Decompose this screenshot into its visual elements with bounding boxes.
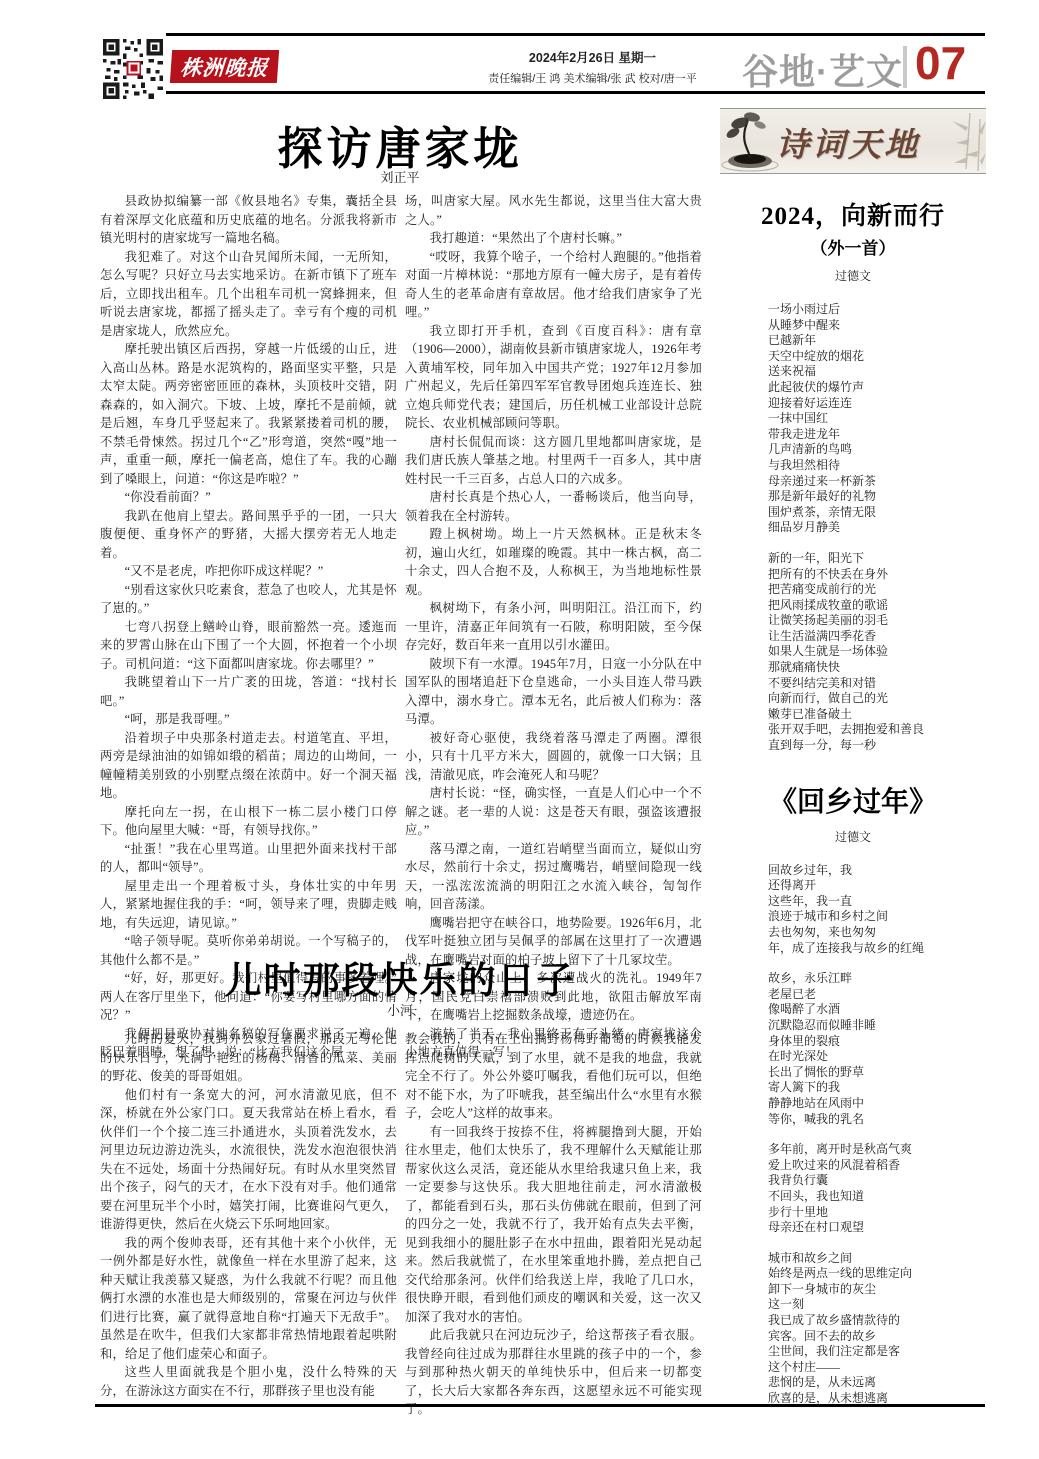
section-divider <box>903 46 907 88</box>
poem-line: 我背负行囊 <box>768 1173 986 1189</box>
article-paragraph: 县政协拟编纂一部《攸县地名》专集，囊括全县有着深厚文化底蕴和历史底蕴的地名。分派… <box>100 192 397 248</box>
poem-line: 让生活溢满四季花香 <box>768 629 986 645</box>
article2-column-1: 儿时的夏天，我到外公家过暑假，那段无与伦比的快乐日子，充满了艳红的杨梅、清香的瓜… <box>100 1030 397 1419</box>
poem2-text: 回故乡过年，我还得离开这些年，我一直浪迹于城市和乡村之间去也匆匆，来也匆匆年，成… <box>720 863 986 1407</box>
poetry-banner-title: 诗词天地 <box>776 119 920 166</box>
article-paragraph: 他们村有一条宽大的河，河水清澈见底，但不深，桥就在外公家门口。夏天我常站在桥上看… <box>100 1086 397 1234</box>
newspaper-page: 株洲晚报 2024年2月26日 星期一 责任编辑/王 鸿 美术编辑/张 武 校对… <box>0 0 1039 1459</box>
poem-line: 把风雨揉成牧童的歌谣 <box>768 598 986 614</box>
poem-line: 步行十里地 <box>768 1205 986 1221</box>
poem-stanza: 新的一年，阳光下把所有的不快丢在身外把苦痛变成前行的光把风雨揉成牧童的歌谣让微笑… <box>768 551 986 754</box>
poem1-title: 2024，向新而行 <box>720 196 986 232</box>
poem-line: 静静地站在风雨中 <box>768 1096 986 1112</box>
poem-line: 不要纠结完美和对错 <box>768 676 986 692</box>
poem-line: 爱上吹过来的风混着稻香 <box>768 1158 986 1174</box>
ink-painting-bonsai-art <box>720 109 782 173</box>
poem-line: 从睡梦中醒来 <box>768 318 986 334</box>
poem-line: 这一刻 <box>768 1297 986 1313</box>
article-paragraph: 沿着坝子中央那条村道走去。村道笔直、平坦，两旁是绿油油的如锦如缎的稻苗；周边的山… <box>100 729 397 803</box>
article-paragraph: 摩托向左一拐，在山根下一栋二层小楼门口停下。他向屋里大喊：“哥，有领导找你。” <box>100 803 397 840</box>
poem-line: 长出了惆怅的野草 <box>768 1065 986 1081</box>
poem-line: 尘世间，我们注定都是客 <box>768 1344 986 1360</box>
poem-line: 像喝醉了水酒 <box>768 1002 986 1018</box>
poem-line: 围炉煮茶，亲情无限 <box>768 505 986 521</box>
poem-line: 还得离开 <box>768 878 986 894</box>
article-paragraph: 场，叫唐家大屋。风水先生都说，这里当住大富大贵之人。” <box>405 192 702 229</box>
article-paragraph: “别看这家伙只吃素食，惹急了也咬人，尤其是怀了崽的。” <box>100 581 397 618</box>
editors-credits: 责任编辑/王 鸿 美术编辑/张 武 校对/唐一平 <box>455 70 730 86</box>
poem-line: 这个村庄—— <box>768 1360 986 1376</box>
poem-line: 张开双手吧，去拥抱爱和善良 <box>768 722 986 738</box>
poem-line: 带我走进龙年 <box>768 427 986 443</box>
article-paragraph: “呵，那是我哥哩。” <box>100 710 397 729</box>
article2-author: 小河 <box>100 1000 700 1019</box>
poem-stanza: 多年前，离开时是秋高气爽爱上吹过来的风混着稻香我背负行囊不回头，我也知道步行十里… <box>768 1142 986 1236</box>
article-paragraph: 我趴在他肩上望去。路间黑乎乎的一团，一只大腹便便、重身怀产的野猪，大摇大摆旁若无… <box>100 507 397 563</box>
poetry-banner: 诗词天地 <box>720 108 986 174</box>
poem-stanza: 故乡，永乐江畔老屋已老像喝醉了水酒沉默隐忍而似睡非睡身体里的裂痕在时光深处长出了… <box>768 971 986 1127</box>
poem1-subtitle: （外一首） <box>720 234 986 259</box>
header-bottom-rule <box>166 91 985 94</box>
poem-line: 如果人生就是一场体验 <box>768 644 986 660</box>
poem-line: 母亲递过来一杯新茶 <box>768 474 986 490</box>
poem-line: 送来祝福 <box>768 364 986 380</box>
article-paragraph: 我的两个俊帅表哥，还有其他十来个小伙伴，无一例外都是好水性，就像鱼一样在水里游了… <box>100 1234 397 1364</box>
poem-line: 一场小雨过后 <box>768 302 986 318</box>
article-paragraph: 我立即打开手机，查到《百度百科》：唐有章（1906—2000），湖南攸县新市镇唐… <box>405 322 702 433</box>
article-paragraph: 我眺望着山下一片广袤的田垅，答道：“找村长吧。” <box>100 673 397 710</box>
poem-line: 寄人篱下的我 <box>768 1080 986 1096</box>
poem-line: 那就痛痛快快 <box>768 660 986 676</box>
article-paragraph: 这些人里面就我是个胆小鬼，没什么特殊的天分，在游泳这方面实在不行，那群孩子里也没… <box>100 1363 397 1400</box>
poem2-title: 《回乡过年》 <box>720 780 986 820</box>
poem-line: 不回头，我也知道 <box>768 1189 986 1205</box>
poem-line: 向新而行，做自己的光 <box>768 691 986 707</box>
poem-line: 嫩芽已准备破土 <box>768 707 986 723</box>
article2-title: 儿时那段快乐的日子 <box>100 950 700 1004</box>
article-paragraph: 蹬上枫树坳。坳上一片天然枫林。正是秋末冬初，遍山火红，如璀璨的晚霞。其中一株古枫… <box>405 525 702 599</box>
article-paragraph: 我犯难了。对这个山旮旯闻所未闻，一无所知，怎么写呢？只好立马去实地采访。在新市镇… <box>100 248 397 341</box>
poem-line: 已越新年 <box>768 333 986 349</box>
poem-line: 几声清新的鸟鸣 <box>768 442 986 458</box>
poem-line: 迎接着好运连连 <box>768 396 986 412</box>
article-paragraph: “又不是老虎，咋把你吓成这样呢？” <box>100 562 397 581</box>
section-title: 谷地·艺文 <box>742 44 903 95</box>
article-paragraph: 唐村长说：“怪，确实怪，一直是人们心中一个不解之谜。老一辈的人说：这是苍天有眼，… <box>405 784 702 840</box>
poem-line: 直到每一分，每一秒 <box>768 738 986 754</box>
newspaper-name: 株洲晚报 <box>179 52 269 82</box>
article-paragraph: 落马潭之南，一道红岩峭壁当面而立，疑似山穷水尽，然前行十余丈，拐过鹰嘴岩，峭壁间… <box>405 840 702 914</box>
poem-line: 把苦痛变成前行的光 <box>768 582 986 598</box>
poem-line: 故乡，永乐江畔 <box>768 971 986 987</box>
poem-line: 始终是两点一线的思维定向 <box>768 1266 986 1282</box>
article-paragraph: “哎呀，我算个啥子，一个给村人跑腿的。”他指着对面一片樟林说：“那地方原有一幢大… <box>405 248 702 322</box>
poem2-author: 过德文 <box>720 828 986 845</box>
article2-column-2: 教会我的，只有在上山摘野杨梅野葡萄的时候我能发挥点爬树的天赋，到了水里，就不是我… <box>405 1030 702 1419</box>
poem-line: 城市和故乡之间 <box>768 1251 986 1267</box>
poem-line: 母亲还在村口观望 <box>768 1220 986 1236</box>
poem-line: 多年前，离开时是秋高气爽 <box>768 1142 986 1158</box>
poem-line: 此起彼伏的爆竹声 <box>768 380 986 396</box>
qr-code <box>103 38 163 100</box>
poem1-author: 过德文 <box>720 267 986 284</box>
article-paragraph: 陂坝下有一水潭。1945年7月，日寇一小分队在中国军队的围堵追赶下仓皇逃命，一小… <box>405 655 702 729</box>
poem-line: 浪迹于城市和乡村之间 <box>768 909 986 925</box>
article-paragraph: 摩托驶出镇区后西拐，穿越一片低缓的山丘，进入高山丛林。路是水泥筑构的，路面坚实平… <box>100 340 397 488</box>
poem-line: 这些年，我一直 <box>768 894 986 910</box>
poem-line: 天空中绽放的烟花 <box>768 349 986 365</box>
article-paragraph: 屋里走出一个理着板寸头，身体壮实的中年男人，紧紧地握住我的手：“呵，领导来了哩，… <box>100 877 397 933</box>
article-paragraph: 枫树坳下，有条小河，叫明阳江。沿江而下，约一里许，清嘉正年间筑有一石陂，称明阳陂… <box>405 599 702 655</box>
newspaper-masthead-logo: 株洲晚报 <box>170 50 279 83</box>
header-top-rule <box>166 33 985 36</box>
poem-line: 与我坦然相待 <box>768 458 986 474</box>
article-paragraph: 七弯八拐登上鳝岭山脊，眼前豁然一亮。逶迤而来的罗霄山脉在山下围了一个大圆，怀抱着… <box>100 618 397 674</box>
poem-line: 沉默隐忍而似睡非睡 <box>768 1018 986 1034</box>
page-number: 07 <box>915 36 966 90</box>
article-paragraph: “扯蛋！”我在心里骂道。山里把外面来找村干部的人，都叫“领导”。 <box>100 840 397 877</box>
publication-date: 2024年2月26日 星期一 <box>455 48 730 66</box>
article-paragraph: 有一回我终于按捺不住，将裤腿撸到大腿，开始往水里走，他们太快乐了，我不理解什么天… <box>405 1123 702 1327</box>
poem-line: 身体里的裂痕 <box>768 1034 986 1050</box>
poem-line: 一抹中国红 <box>768 411 986 427</box>
poem-line: 那是新年最好的礼物 <box>768 489 986 505</box>
article1-column-1: 县政协拟编纂一部《攸县地名》专集，囊括全县有着深厚文化底蕴和历史底蕴的地名。分派… <box>100 192 397 1062</box>
article-paragraph: 被好奇心驱使，我绕着落马潭走了两圈。潭很小，只有十几平方米大，圆圆的，就像一口大… <box>405 729 702 785</box>
poem-line: 等你，喊我的乳名 <box>768 1112 986 1128</box>
poem-stanza: 一场小雨过后从睡梦中醒来已越新年天空中绽放的烟花送来祝福此起彼伏的爆竹声迎接着好… <box>768 302 986 536</box>
poem-line: 宾客。回不去的故乡 <box>768 1329 986 1345</box>
poem-line: 回故乡过年，我 <box>768 863 986 879</box>
poem-stanza: 城市和故乡之间始终是两点一线的思维定向卸下一身城市的灰尘这一刻我已成了故乡盛情款… <box>768 1251 986 1407</box>
poem-line: 悲悯的是，从未远离 <box>768 1375 986 1391</box>
poem-line: 让微笑扬起美丽的羽毛 <box>768 613 986 629</box>
poem-line: 我已成了故乡盛情款待的 <box>768 1313 986 1329</box>
article-paragraph: 唐村长侃侃而谈：这方圆几里地都叫唐家垅，是我们唐氏族人肇基之地。村里两千一百多人… <box>405 433 702 489</box>
article2-body: 儿时的夏天，我到外公家过暑假，那段无与伦比的快乐日子，充满了艳红的杨梅、清香的瓜… <box>100 1030 702 1419</box>
page-bottom-rule <box>95 1404 985 1407</box>
poem-line: 年，成了连接我与故乡的红绳 <box>768 941 986 957</box>
article-paragraph: 唐村长真是个热心人，一番畅谈后，他当向导，领着我在全村游转。 <box>405 488 702 525</box>
poem-line: 去也匆匆，来也匆匆 <box>768 925 986 941</box>
poem1-text: 一场小雨过后从睡梦中醒来已越新年天空中绽放的烟花送来祝福此起彼伏的爆竹声迎接着好… <box>720 302 986 754</box>
poem-line: 细品岁月静美 <box>768 520 986 536</box>
poem-line: 老屋已老 <box>768 987 986 1003</box>
bamboo-decoration <box>930 109 986 173</box>
poetry-sidebar: 诗词天地 2024，向新而行 （外一首） 过德文 一场小雨过后从睡梦中醒来已越新… <box>720 108 986 1422</box>
article1-column-2: 场，叫唐家大屋。风水先生都说，这里当住大富大贵之人。”我打趣道：“果然出了个唐村… <box>405 192 702 1062</box>
article-paragraph: 教会我的，只有在上山摘野杨梅野葡萄的时候我能发挥点爬树的天赋，到了水里，就不是我… <box>405 1030 702 1123</box>
article-paragraph: “你没看前面？” <box>100 488 397 507</box>
article-paragraph: 我打趣道：“果然出了个唐村长嘛。” <box>405 229 702 248</box>
poem-line: 把所有的不快丢在身外 <box>768 567 986 583</box>
poem-stanza: 回故乡过年，我还得离开这些年，我一直浪迹于城市和乡村之间去也匆匆，来也匆匆年，成… <box>768 863 986 957</box>
article-paragraph: 儿时的夏天，我到外公家过暑假，那段无与伦比的快乐日子，充满了艳红的杨梅、清香的瓜… <box>100 1030 397 1086</box>
article1-author: 刘正平 <box>100 167 700 186</box>
header-date-block: 2024年2月26日 星期一 责任编辑/王 鸿 美术编辑/张 武 校对/唐一平 <box>455 48 730 86</box>
poem-line: 在时光深处 <box>768 1049 986 1065</box>
poem-line: 卸下一身城市的灰尘 <box>768 1282 986 1298</box>
poem-line: 新的一年，阳光下 <box>768 551 986 567</box>
article1-body: 县政协拟编纂一部《攸县地名》专集，囊括全县有着深厚文化底蕴和历史底蕴的地名。分派… <box>100 192 702 1062</box>
